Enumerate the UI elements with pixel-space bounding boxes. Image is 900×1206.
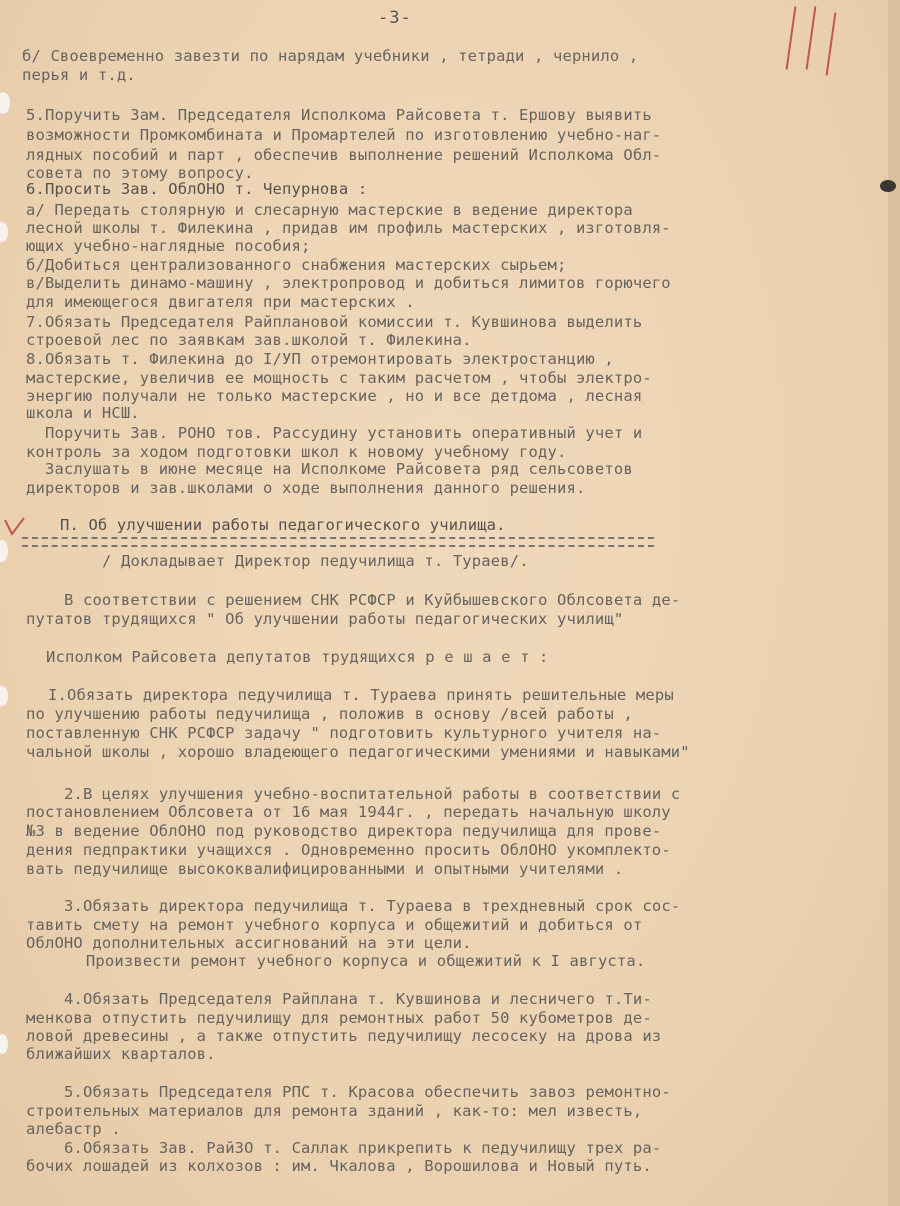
text-line: б/ Своевременно завезти по нарядам учебн… (22, 47, 638, 65)
text-line: б/Добиться централизованного снабжения м… (26, 256, 566, 274)
text-line: лядных пособий и парт , обеспечив выполн… (26, 146, 661, 164)
item-line: строительных материалов для ремонта здан… (26, 1102, 642, 1120)
text-line: для имеющегося двигателя при мастерских … (26, 293, 415, 311)
text-line: школа и НСШ. (26, 404, 140, 422)
item-line: менкова отпустить педучилищу для ремонтн… (26, 1009, 652, 1027)
text-line: Заслушать в июне месяце на Исполкоме Рай… (26, 460, 633, 478)
item-line: 6.Обязать Зав. РайЗО т. Саллак прикрепит… (64, 1139, 661, 1157)
item-line: ОблОНО дополнительных ассигнований на эт… (26, 934, 472, 952)
item-line: 5.Обязать Председателя РПС т. Красова об… (64, 1083, 671, 1101)
text-line: перья и т.д. (22, 66, 136, 84)
item-line: дения педпрактики учащихся . Одновременн… (26, 841, 671, 859)
item-line: вать педучилище высококвалифицированными… (26, 860, 623, 878)
text-line: мастерские, увеличив ее мощность с таким… (26, 369, 652, 387)
item-line: ловой древесины , а также отпустить педу… (26, 1027, 661, 1045)
item-line: Произвести ремонт учебного корпуса и общ… (48, 952, 645, 970)
text-line: в/Выделить динамо-машину , электропровод… (26, 274, 671, 292)
item-line: тавить смету на ремонт учебного корпуса … (26, 916, 642, 934)
resolution-intro: Исполком Райсовета депутатов трудящихся … (46, 648, 549, 666)
speaker-line: / Докладывает Директор педучилища т. Тур… (102, 552, 529, 570)
item-line: ближайших кварталов. (26, 1045, 216, 1063)
text-line: 6.Просить Зав. ОблОНО т. Чепурнова : (26, 180, 367, 198)
text-line: ющих учебно-наглядные пособия; (26, 237, 310, 255)
page-number: -3- (378, 8, 412, 28)
text-line: возможности Промкомбината и Промартелей … (26, 126, 661, 144)
item-line: 3.Обязать директора педучилища т. Тураев… (64, 897, 680, 915)
text-line: директоров и зав.школами о ходе выполнен… (26, 479, 585, 497)
text-line: 8.Обязать т. Филекина до I/УП отремонтир… (26, 350, 614, 368)
text-line: 5.Поручить Зам. Председателя Исполкома Р… (26, 106, 652, 124)
ink-blot (880, 180, 896, 192)
preamble-line: В соответствии с решением СНК РСФСР и Ку… (64, 591, 680, 609)
preamble-line: путатов трудящихся " Об улучшении работы… (26, 610, 623, 628)
text-line: 7.Обязать Председателя Райплановой комис… (26, 313, 642, 331)
item-line: 2.В целях улучшения учебно-воспитательно… (64, 785, 680, 803)
item-line: бочих лошадей из колхозов : им. Чкалова … (26, 1157, 652, 1175)
item-line: 4.Обязать Председателя Райплана т. Кувши… (64, 990, 652, 1008)
text-line: Поручить Зав. РОНО тов. Рассудину устано… (26, 424, 642, 442)
item-line: постановлением Облсовета от 16 мая 1944г… (26, 803, 671, 821)
item-line: алебастр . (26, 1120, 121, 1138)
item-line: по улучшению работы педучилища , положив… (26, 705, 633, 723)
text-line: а/ Передать столярную и слесарную мастер… (26, 201, 633, 219)
section-heading: П. Об улучшении работы педагогического у… (60, 516, 506, 534)
item-line: №3 в ведение ОблОНО под руководство дире… (26, 822, 661, 840)
text-line: лесной школы т. Филекина , придав им про… (26, 219, 671, 237)
folio-mark-handwritten (782, 2, 842, 74)
text-line: энергию получали не только мастерские , … (26, 387, 642, 405)
text-line: контроль за ходом подготовки школ к ново… (26, 443, 566, 461)
item-line: чальной школы , хорошо владеющего педаго… (26, 743, 690, 761)
item-line: поставленную СНК РСФСР задачу " подготов… (26, 724, 661, 742)
item-line: I.Обязать директора педучилища т. Тураев… (48, 686, 674, 704)
heading-underline-rule (22, 537, 654, 547)
text-line: строевой лес по заявкам зав.школой т. Фи… (26, 331, 472, 349)
